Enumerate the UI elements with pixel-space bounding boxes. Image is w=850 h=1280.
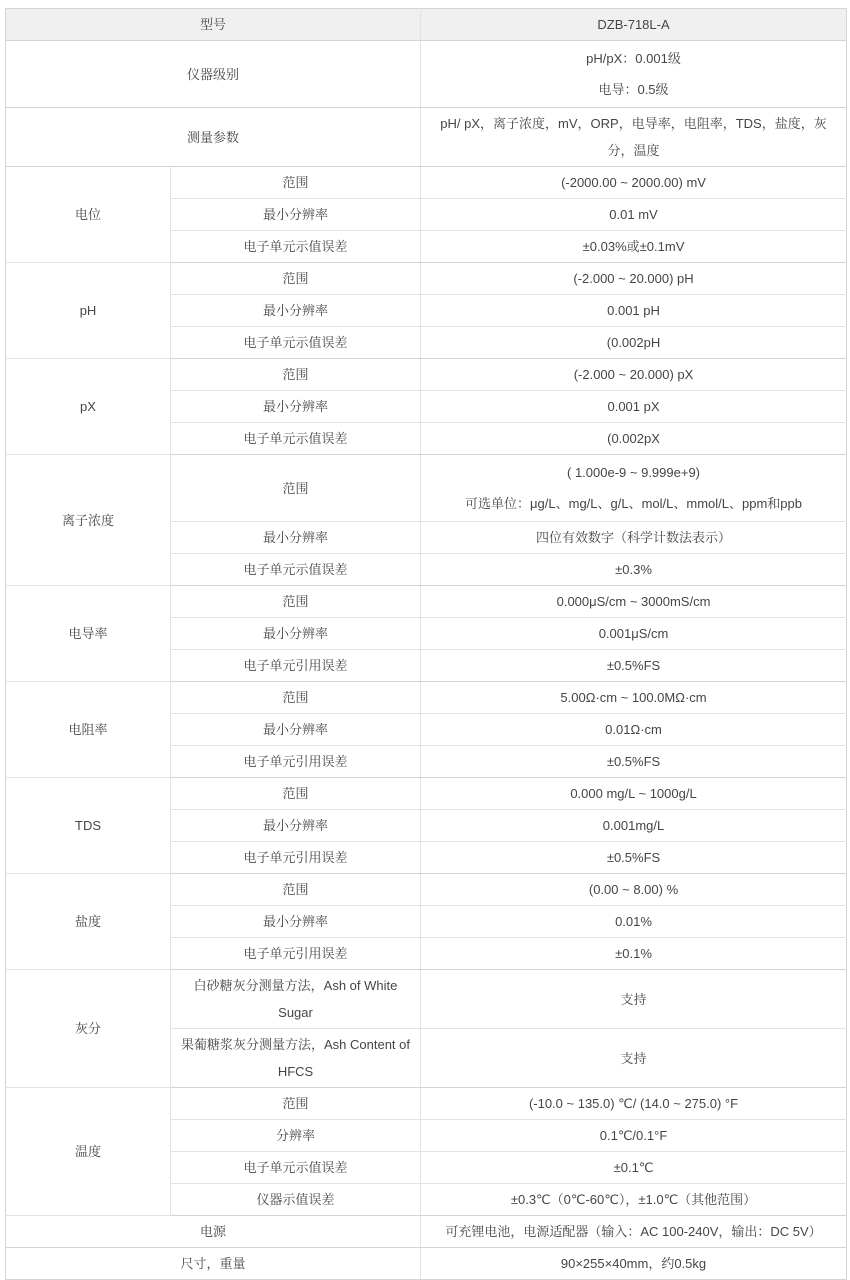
header-label-cell: 型号 — [6, 9, 421, 41]
param-value-cell: (0.00 ~ 8.00) % — [421, 874, 847, 906]
param-value-cell: ±0.5%FS — [421, 842, 847, 874]
section-label-cell: 盐度 — [6, 874, 171, 970]
table-row: 尺寸，重量90×255×40mm，约0.5kg — [6, 1248, 847, 1280]
param-name-cell: 白砂糖灰分测量方法，Ash of White Sugar — [171, 970, 421, 1029]
param-name-cell: 范围 — [171, 682, 421, 714]
param-name-cell: 电子单元示值误差 — [171, 554, 421, 586]
table-row: 灰分白砂糖灰分测量方法，Ash of White Sugar支持 — [6, 970, 847, 1029]
param-name-cell: 最小分辨率 — [171, 618, 421, 650]
param-name-cell: 范围 — [171, 874, 421, 906]
param-value-cell: 支持 — [421, 1029, 847, 1088]
param-value-cell: 0.01Ω·cm — [421, 714, 847, 746]
param-value-cell: 四位有效数字（科学计数法表示） — [421, 522, 847, 554]
param-name-cell: 最小分辨率 — [171, 295, 421, 327]
param-value-cell: (0.002pX — [421, 423, 847, 455]
param-name-cell: 范围 — [171, 359, 421, 391]
param-value-cell: (-2000.00 ~ 2000.00) mV — [421, 167, 847, 199]
param-name-cell: 电子单元引用误差 — [171, 746, 421, 778]
param-name-cell: 最小分辨率 — [171, 199, 421, 231]
param-value-cell: (-10.0 ~ 135.0) ℃/ (14.0 ~ 275.0) °F — [421, 1088, 847, 1120]
param-value-cell: (-2.000 ~ 20.000) pX — [421, 359, 847, 391]
param-name-cell: 最小分辨率 — [171, 906, 421, 938]
param-name-cell: 电子单元示值误差 — [171, 423, 421, 455]
param-name-cell: 仪器示值误差 — [171, 1184, 421, 1216]
param-value-cell: ±0.3℃（0℃-60℃），±1.0℃（其他范围） — [421, 1184, 847, 1216]
param-value-cell: ±0.1℃ — [421, 1152, 847, 1184]
header-value-cell: DZB-718L-A — [421, 9, 847, 41]
param-value-cell: 0.001 pX — [421, 391, 847, 423]
param-name-cell: 分辨率 — [171, 1120, 421, 1152]
section-label-cell: TDS — [6, 778, 171, 874]
param-name-cell: 范围 — [171, 778, 421, 810]
param-name-cell: 测量参数 — [6, 108, 421, 167]
table-row: 电位范围(-2000.00 ~ 2000.00) mV — [6, 167, 847, 199]
param-value-cell: ±0.03%或±0.1mV — [421, 231, 847, 263]
spec-page: 型号DZB-718L-A仪器级别pH/pX：0.001级电导：0.5级测量参数p… — [0, 0, 850, 1167]
section-label-cell: 电阻率 — [6, 682, 171, 778]
param-value-cell: 5.00Ω·cm ~ 100.0MΩ·cm — [421, 682, 847, 714]
param-value-cell: 0.001μS/cm — [421, 618, 847, 650]
spec-table-body: 型号DZB-718L-A仪器级别pH/pX：0.001级电导：0.5级测量参数p… — [6, 9, 847, 1280]
param-value-cell: (-2.000 ~ 20.000) pH — [421, 263, 847, 295]
table-row: pX范围(-2.000 ~ 20.000) pX — [6, 359, 847, 391]
param-value-cell: 90×255×40mm，约0.5kg — [421, 1248, 847, 1280]
table-row: 电阻率范围5.00Ω·cm ~ 100.0MΩ·cm — [6, 682, 847, 714]
param-name-cell: 范围 — [171, 167, 421, 199]
section-label-cell: pX — [6, 359, 171, 455]
param-name-cell: 电子单元引用误差 — [171, 938, 421, 970]
section-label-cell: 灰分 — [6, 970, 171, 1088]
param-value-cell: pH/ pX，离子浓度，mV，ORP，电导率，电阻率，TDS，盐度，灰分，温度 — [421, 108, 847, 167]
table-row: 测量参数pH/ pX，离子浓度，mV，ORP，电导率，电阻率，TDS，盐度，灰分… — [6, 108, 847, 167]
param-name-cell: 电子单元示值误差 — [171, 327, 421, 359]
param-value-cell: pH/pX：0.001级电导：0.5级 — [421, 41, 847, 108]
param-value-cell: ±0.5%FS — [421, 746, 847, 778]
table-row: 仪器级别pH/pX：0.001级电导：0.5级 — [6, 41, 847, 108]
section-label-cell: 电位 — [6, 167, 171, 263]
param-name-cell: 最小分辨率 — [171, 810, 421, 842]
table-row: 离子浓度范围( 1.000e-9 ~ 9.999e+9)可选单位：μg/L、mg… — [6, 455, 847, 522]
table-row: 盐度范围(0.00 ~ 8.00) % — [6, 874, 847, 906]
section-label-cell: pH — [6, 263, 171, 359]
param-name-cell: 最小分辨率 — [171, 714, 421, 746]
param-name-cell: 电子单元示值误差 — [171, 1152, 421, 1184]
section-label-cell: 温度 — [6, 1088, 171, 1216]
section-label-cell: 电导率 — [6, 586, 171, 682]
param-value-cell: 0.001 pH — [421, 295, 847, 327]
multiline-value: ( 1.000e-9 ~ 9.999e+9)可选单位：μg/L、mg/L、g/L… — [431, 457, 836, 519]
param-value-cell: (0.002pH — [421, 327, 847, 359]
param-value-cell: 0.1℃/0.1°F — [421, 1120, 847, 1152]
param-name-cell: 果葡糖浆灰分测量方法，Ash Content of HFCS — [171, 1029, 421, 1088]
param-value-cell: 0.01 mV — [421, 199, 847, 231]
param-value-cell: ±0.5%FS — [421, 650, 847, 682]
param-value-cell: ±0.1% — [421, 938, 847, 970]
param-name-cell: 尺寸，重量 — [6, 1248, 421, 1280]
param-value-cell: 0.000 mg/L ~ 1000g/L — [421, 778, 847, 810]
param-name-cell: 范围 — [171, 263, 421, 295]
param-value-cell: 0.000μS/cm ~ 3000mS/cm — [421, 586, 847, 618]
param-value-cell: 0.001mg/L — [421, 810, 847, 842]
table-row: pH范围(-2.000 ~ 20.000) pH — [6, 263, 847, 295]
param-name-cell: 电子单元引用误差 — [171, 842, 421, 874]
table-row: TDS范围0.000 mg/L ~ 1000g/L — [6, 778, 847, 810]
table-row: 电导率范围0.000μS/cm ~ 3000mS/cm — [6, 586, 847, 618]
section-label-cell: 离子浓度 — [6, 455, 171, 586]
param-name-cell: 电子单元引用误差 — [171, 650, 421, 682]
param-name-cell: 仪器级别 — [6, 41, 421, 108]
param-name-cell: 范围 — [171, 1088, 421, 1120]
table-row: 温度范围(-10.0 ~ 135.0) ℃/ (14.0 ~ 275.0) °F — [6, 1088, 847, 1120]
param-value-cell: 支持 — [421, 970, 847, 1029]
param-name-cell: 电子单元示值误差 — [171, 231, 421, 263]
multiline-value: pH/pX：0.001级电导：0.5级 — [431, 43, 836, 105]
param-value-cell: ( 1.000e-9 ~ 9.999e+9)可选单位：μg/L、mg/L、g/L… — [421, 455, 847, 522]
spec-table: 型号DZB-718L-A仪器级别pH/pX：0.001级电导：0.5级测量参数p… — [5, 8, 847, 1280]
param-value-cell: 可充锂电池，电源适配器（输入：AC 100-240V，输出：DC 5V） — [421, 1216, 847, 1248]
table-header-row: 型号DZB-718L-A — [6, 9, 847, 41]
param-value-cell: 0.01% — [421, 906, 847, 938]
param-name-cell: 范围 — [171, 455, 421, 522]
table-row: 电源可充锂电池，电源适配器（输入：AC 100-240V，输出：DC 5V） — [6, 1216, 847, 1248]
param-name-cell: 最小分辨率 — [171, 522, 421, 554]
param-name-cell: 电源 — [6, 1216, 421, 1248]
param-name-cell: 最小分辨率 — [171, 391, 421, 423]
param-name-cell: 范围 — [171, 586, 421, 618]
param-value-cell: ±0.3% — [421, 554, 847, 586]
